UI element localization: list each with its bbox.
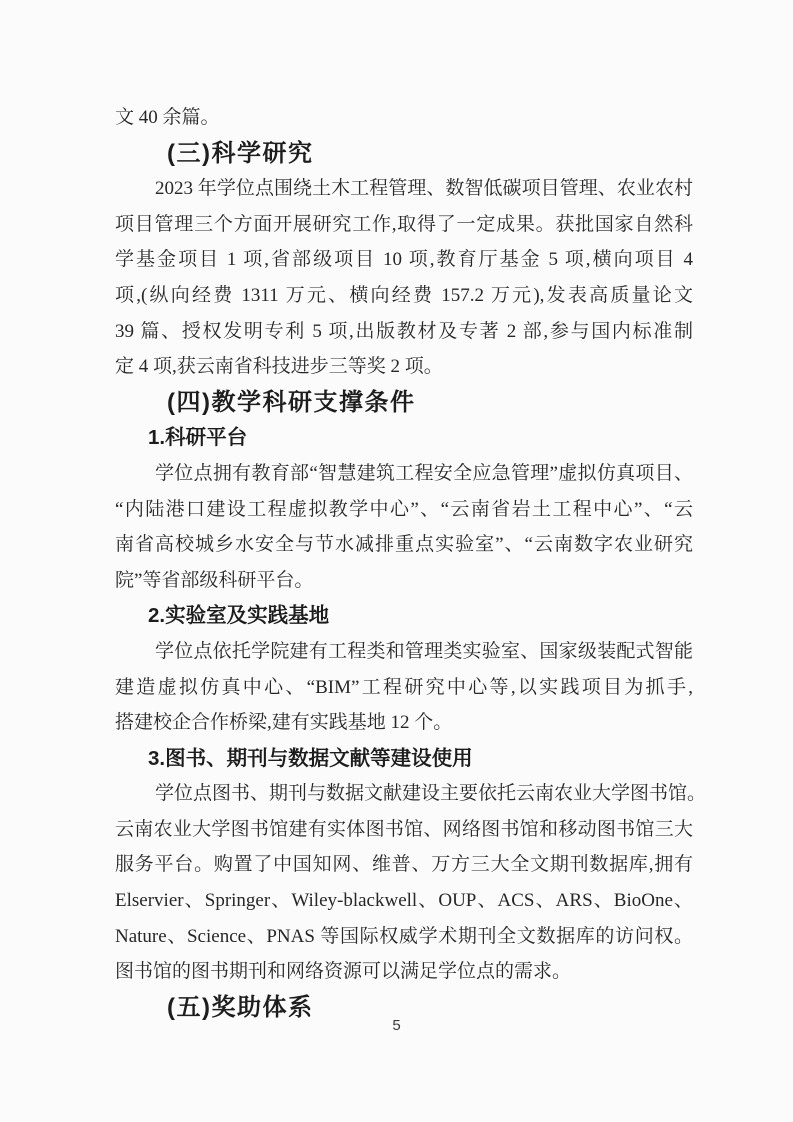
page-number: 5 [0, 1017, 793, 1034]
subheading-3-library-resources: 3.图书、期刊与数据文献等建设使用 [115, 741, 693, 777]
paragraph-line: 云南农业大学图书馆建有实体图书馆、网络图书馆和移动图书馆三大 [115, 812, 693, 848]
paragraph-line: 39 篇、授权发明专利 5 项,出版教材及专著 2 部,参与国内标准制 [115, 314, 693, 350]
document-page: 文 40 余篇。 (三)科学研究 2023 年学位点围绕土木工程管理、数智低碳项… [0, 0, 793, 1122]
paragraph-line: 搭建校企合作桥梁,建有实践基地 12 个。 [115, 705, 693, 741]
paragraph-line: 项,(纵向经费 1311 万元、横向经费 157.2 万元),发表高质量论文 [115, 278, 693, 314]
subheading-1-research-platforms: 1.科研平台 [115, 420, 693, 456]
paragraph-line: 学位点拥有教育部“智慧建筑工程安全应急管理”虚拟仿真项目、 [115, 456, 693, 492]
paragraph-line: 文 40 余篇。 [115, 100, 693, 136]
paragraph-line: 院”等省部级科研平台。 [115, 563, 693, 599]
section-heading-4-support-conditions: (四)教学科研支撑条件 [115, 385, 693, 421]
paragraph-line: 项目管理三个方面开展研究工作,取得了一定成果。获批国家自然科 [115, 207, 693, 243]
paragraph-line: “内陆港口建设工程虚拟教学中心”、“云南省岩土工程中心”、“云 [115, 492, 693, 528]
paragraph-line: Elservier、Springer、Wiley-blackwell、OUP、A… [115, 883, 693, 919]
page-content: 文 40 余篇。 (三)科学研究 2023 年学位点围绕土木工程管理、数智低碳项… [115, 100, 693, 1025]
paragraph-line: 南省高校城乡水安全与节水减排重点实验室”、“云南数字农业研究 [115, 527, 693, 563]
paragraph-line: 建造虚拟仿真中心、“BIM”工程研究中心等,以实践项目为抓手, [115, 670, 693, 706]
subheading-2-labs-practice-bases: 2.实验室及实践基地 [115, 598, 693, 634]
paragraph-line: 学基金项目 1 项,省部级项目 10 项,教育厅基金 5 项,横向项目 4 [115, 242, 693, 278]
paragraph-line: Nature、Science、PNAS 等国际权威学术期刊全文数据库的访问权。 [115, 919, 693, 955]
paragraph-line: 服务平台。购置了中国知网、维普、万方三大全文期刊数据库,拥有 [115, 847, 693, 883]
paragraph-line: 2023 年学位点围绕土木工程管理、数智低碳项目管理、农业农村 [115, 171, 693, 207]
paragraph-line: 图书馆的图书期刊和网络资源可以满足学位点的需求。 [115, 954, 693, 990]
paragraph-line: 学位点图书、期刊与数据文献建设主要依托云南农业大学图书馆。 [115, 776, 693, 812]
paragraph-line: 学位点依托学院建有工程类和管理类实验室、国家级装配式智能 [115, 634, 693, 670]
paragraph-line: 定 4 项,获云南省科技进步三等奖 2 项。 [115, 349, 693, 385]
section-heading-3-science-research: (三)科学研究 [115, 136, 693, 172]
